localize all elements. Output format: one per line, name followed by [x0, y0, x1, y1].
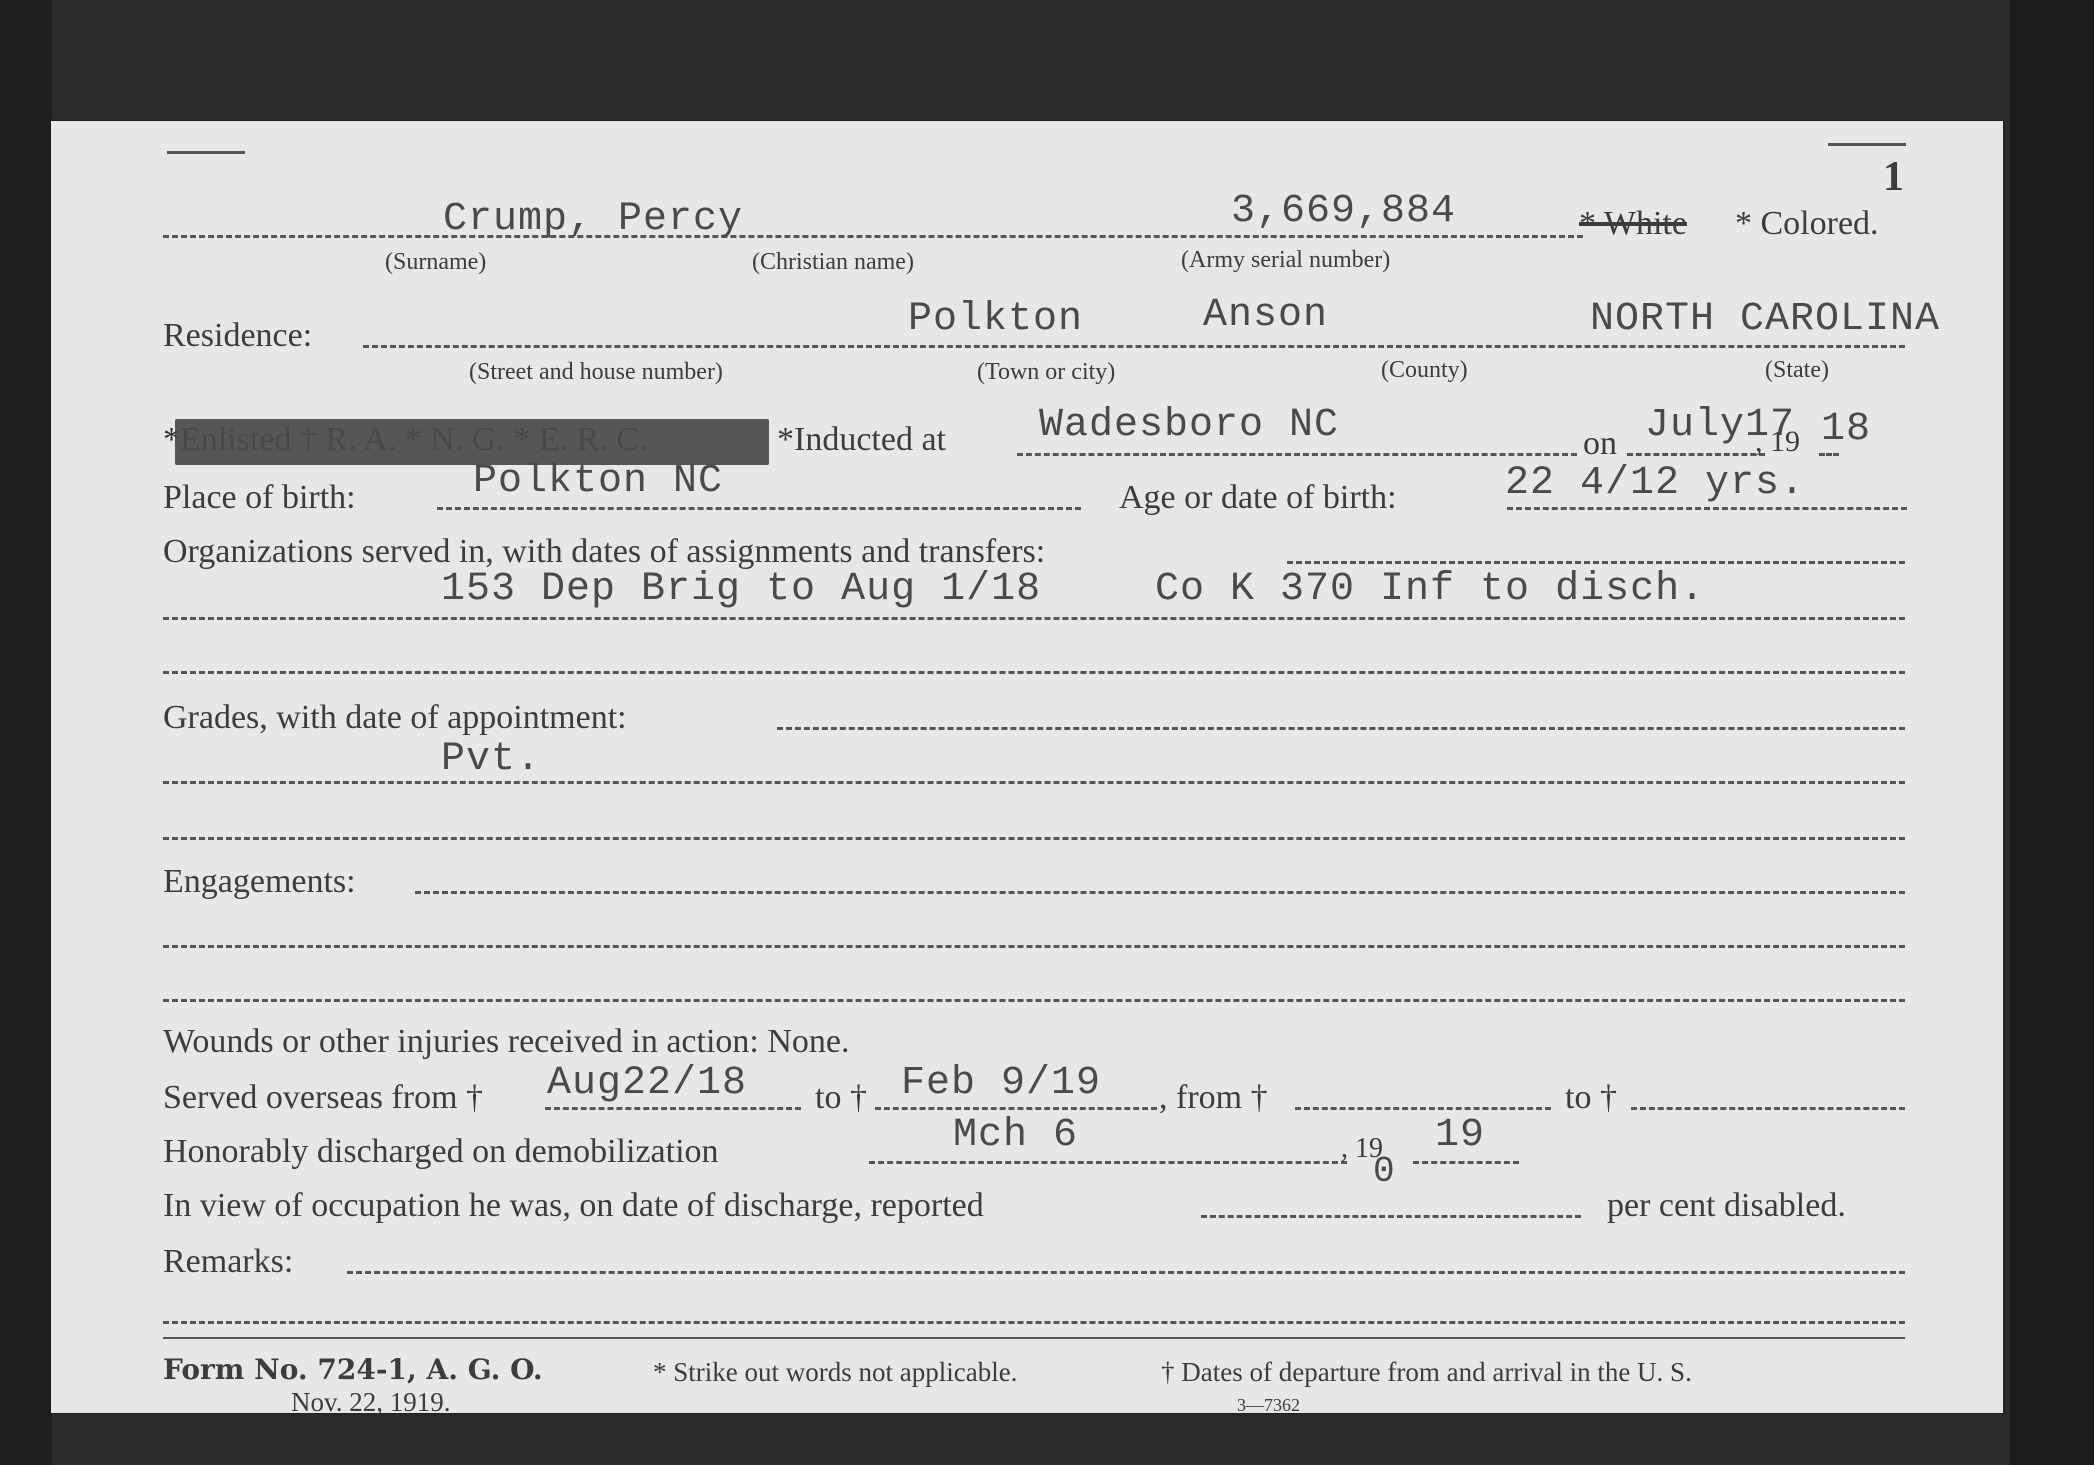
- overseas-label: Served overseas from †: [163, 1079, 483, 1117]
- overseas-from2-line: [1295, 1107, 1551, 1110]
- page-number: 1: [1883, 153, 1904, 201]
- organizations-line-1: [1287, 561, 1905, 564]
- footnote-dates: † Dates of departure from and arrival in…: [1161, 1357, 1692, 1388]
- discharge-extra-mark: 0: [1373, 1151, 1396, 1192]
- service-record-card: 1 Crump, Percy 3,669,884 * White * Color…: [51, 121, 2003, 1413]
- organizations-line-3: [163, 671, 1905, 674]
- age-value: 22 4/12 yrs.: [1505, 461, 1805, 506]
- name-value: Crump, Percy: [443, 197, 743, 242]
- label-street: (Street and house number): [469, 359, 723, 386]
- disability-label: In view of occupation he was, on date of…: [163, 1187, 984, 1225]
- grades-value: Pvt.: [441, 737, 541, 782]
- engagements-label: Engagements:: [163, 863, 356, 901]
- disability-suffix: per cent disabled.: [1607, 1187, 1846, 1225]
- overseas-from-line: [545, 1107, 801, 1110]
- age-label: Age or date of birth:: [1119, 479, 1397, 517]
- inducted-label: *Inducted at: [777, 421, 946, 459]
- name-line: [163, 235, 1583, 238]
- organizations-value-1: 153 Dep Brig to Aug 1/18: [441, 567, 1041, 612]
- grades-label: Grades, with date of appointment:: [163, 699, 627, 737]
- place-of-birth-label: Place of birth:: [163, 479, 356, 517]
- remarks-line-1: [347, 1271, 1905, 1274]
- place-of-birth-value: Polkton NC: [473, 459, 723, 504]
- wounds-label: Wounds or other injuries received in act…: [163, 1023, 850, 1061]
- form-date: Nov. 22, 1919.: [291, 1387, 451, 1418]
- background-left: [0, 0, 52, 1465]
- residence-town-value: Polkton: [908, 297, 1083, 342]
- label-county: (County): [1381, 357, 1468, 384]
- induction-date-line: [1627, 453, 1765, 456]
- remarks-label: Remarks:: [163, 1243, 293, 1281]
- disability-line: [1201, 1215, 1581, 1218]
- inducted-line: [1017, 453, 1577, 456]
- discharge-year-value: 19: [1435, 1113, 1485, 1158]
- residence-county-value: Anson: [1203, 293, 1328, 338]
- race-colored-option: * Colored.: [1735, 205, 1879, 243]
- overseas-to2-line: [1631, 1107, 1905, 1110]
- overseas-to2-label: to †: [1565, 1079, 1617, 1117]
- overseas-to-line: [875, 1107, 1157, 1110]
- engagements-line-2: [163, 945, 1905, 948]
- grades-line-1: [777, 727, 1905, 730]
- engagements-line-1: [415, 891, 1905, 894]
- corner-mark-right: [1828, 143, 1906, 146]
- residence-line: [363, 345, 1905, 348]
- label-army-serial: (Army serial number): [1181, 247, 1390, 274]
- induction-year-value: 18: [1821, 407, 1871, 452]
- induction-year-line: [1819, 453, 1839, 456]
- footer-rule: [163, 1337, 1905, 1339]
- organizations-value-2: Co K 370 Inf to disch.: [1155, 567, 1705, 612]
- age-line: [1507, 507, 1907, 510]
- inducted-place-value: Wadesboro NC: [1039, 403, 1339, 448]
- organizations-line-2: [163, 617, 1905, 620]
- overseas-to-label: to †: [815, 1079, 867, 1117]
- serial-number-value: 3,669,884: [1231, 189, 1456, 234]
- overseas-to-value: Feb 9/19: [901, 1061, 1101, 1106]
- engagements-line-3: [163, 999, 1905, 1002]
- label-state: (State): [1765, 357, 1829, 384]
- print-code: 3—7362: [1237, 1395, 1300, 1416]
- place-of-birth-line: [437, 507, 1081, 510]
- discharge-year-line: [1413, 1161, 1519, 1164]
- grades-line-2: [163, 781, 1905, 784]
- footnote-strike: * Strike out words not applicable.: [653, 1357, 1017, 1388]
- induction-year-prefix: , 19: [1755, 425, 1800, 459]
- grades-line-3: [163, 837, 1905, 840]
- corner-mark-left: [167, 151, 245, 154]
- label-town: (Town or city): [977, 359, 1115, 386]
- overseas-from-value: Aug22/18: [547, 1061, 747, 1106]
- residence-label: Residence:: [163, 317, 312, 355]
- discharge-date-value: Mch 6: [953, 1113, 1078, 1158]
- on-label: on: [1583, 425, 1617, 463]
- remarks-line-2: [163, 1321, 1905, 1324]
- label-surname: (Surname): [385, 249, 486, 276]
- organizations-label: Organizations served in, with dates of a…: [163, 533, 1045, 571]
- residence-state-value: NORTH CAROLINA: [1590, 297, 1940, 342]
- label-christian-name: (Christian name): [752, 249, 914, 276]
- overseas-from2-label: , from †: [1159, 1079, 1268, 1117]
- background-right: [2010, 0, 2094, 1465]
- discharge-date-line: [869, 1161, 1347, 1164]
- discharge-label: Honorably discharged on demobilization: [163, 1133, 719, 1171]
- form-number: Form No. 724-1, A. G. O.: [163, 1353, 543, 1386]
- race-white-option: * White: [1579, 205, 1687, 243]
